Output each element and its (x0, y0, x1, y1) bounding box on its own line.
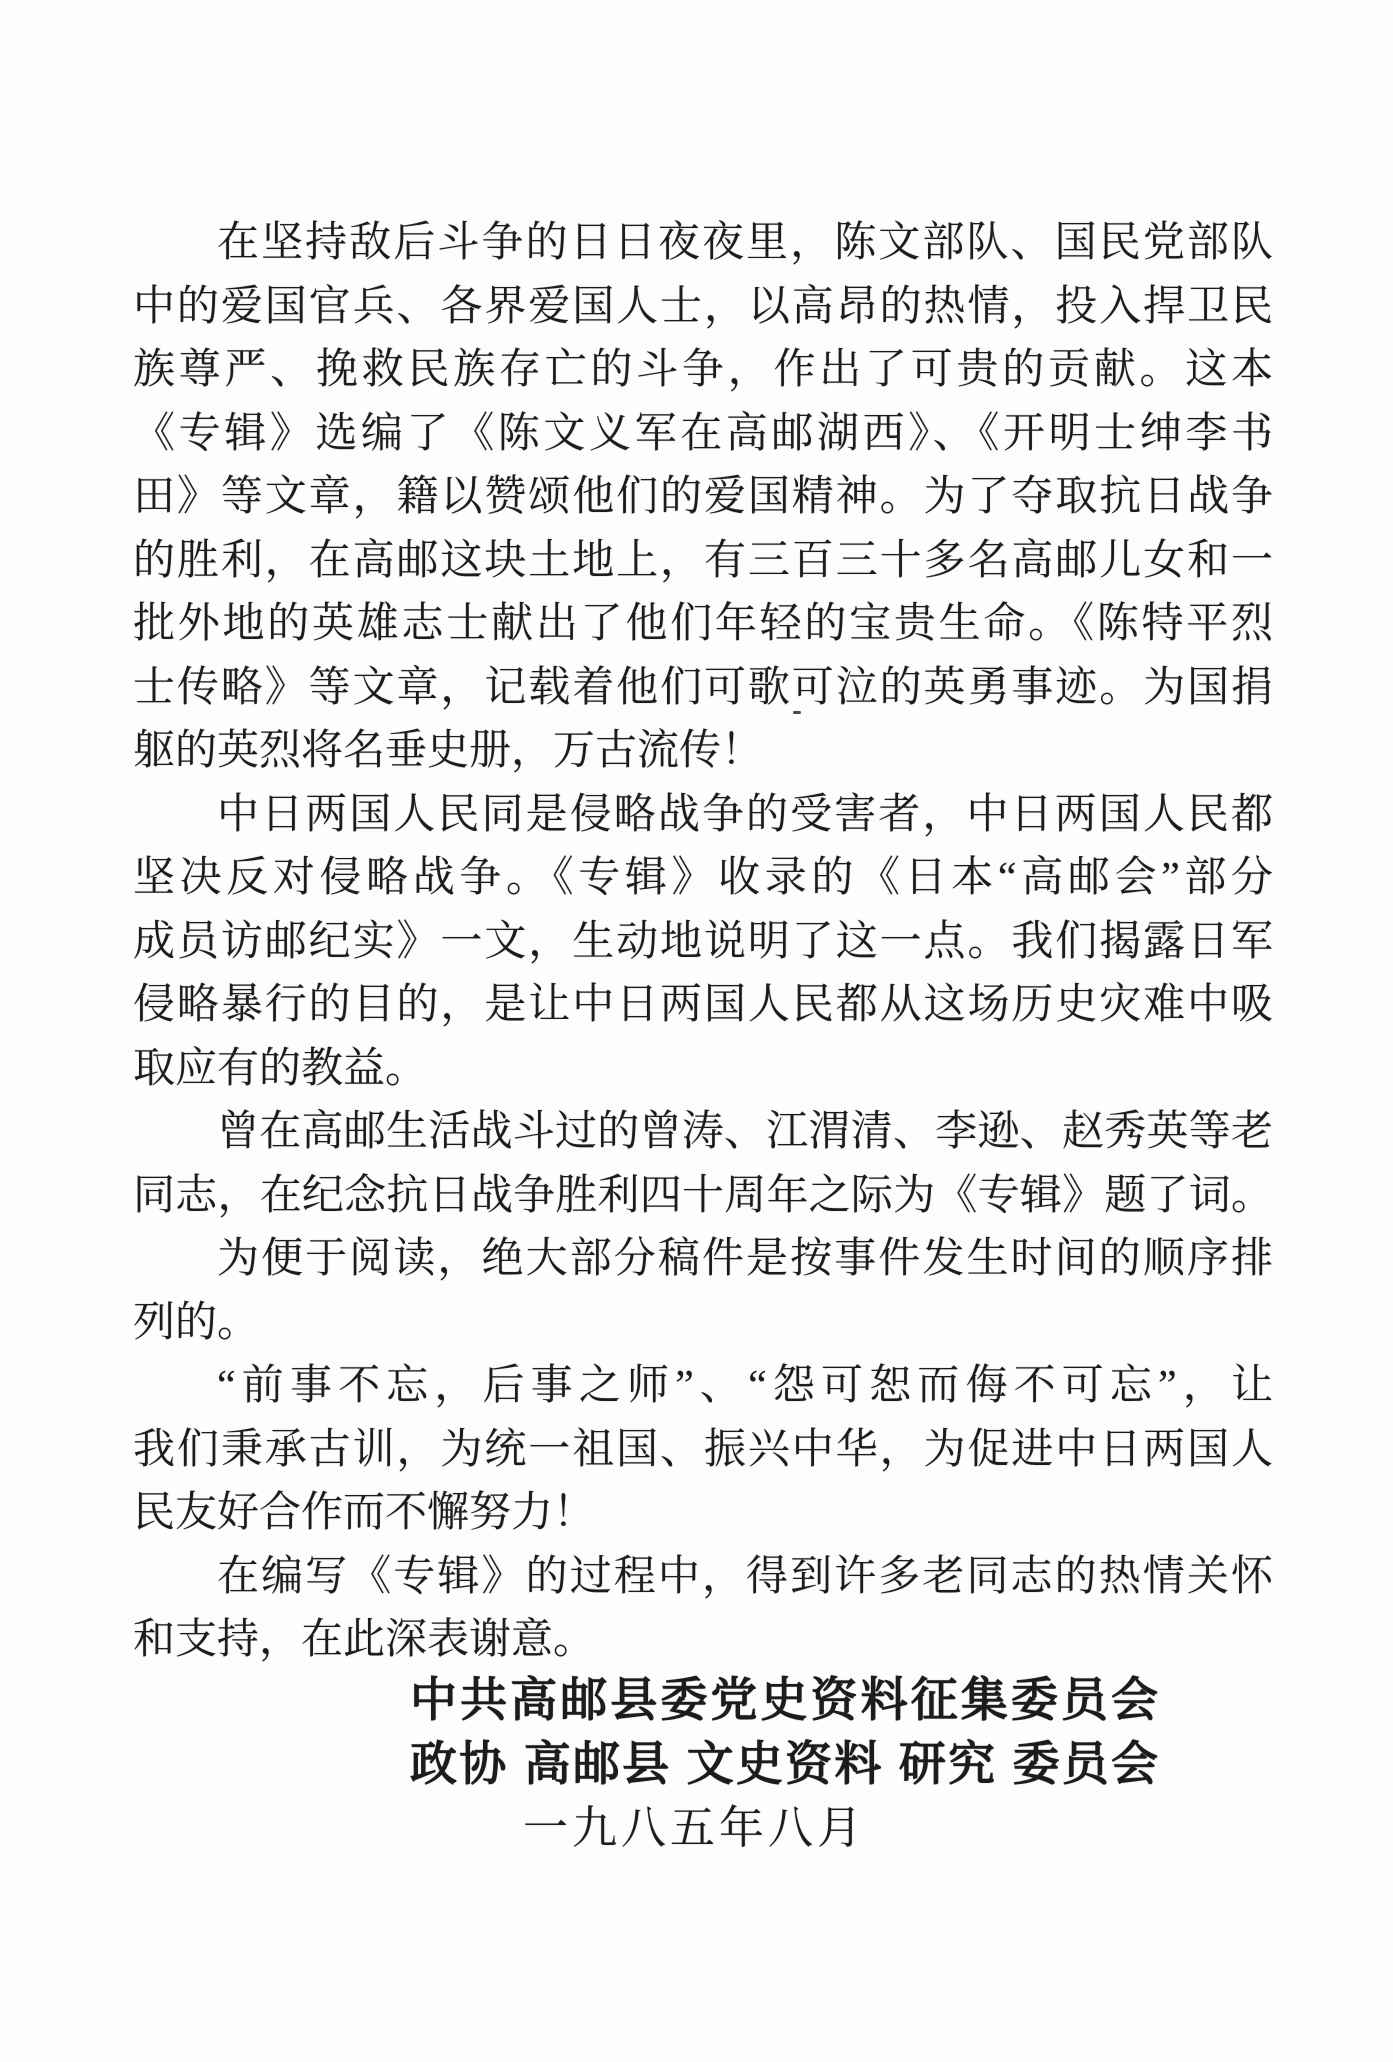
text-line: “前事不忘，后事之师”、“怨可恕而侮不可忘”，让 (133, 1355, 1273, 1419)
text-line: 坚决反对侵略战争。《专辑》收录的《日本“高邮会”部分 (133, 847, 1273, 911)
text-line: 侵略暴行的目的，是让中日两国人民都从这场历史灾难中吸 (133, 974, 1273, 1038)
text-line: 士传略》等文章，记载着他们可歌可泣的英勇事迹。为国捐 (133, 657, 1273, 721)
text-line: 成员访邮纪实》一文，生动地说明了这一点。我们揭露日军 (133, 911, 1273, 975)
text-line: 同志，在纪念抗日战争胜利四十周年之际为《专辑》题了词。 (133, 1165, 1273, 1229)
text-line: 列的。 (133, 1292, 1273, 1356)
text-line: 躯的英烈将名垂史册，万古流传！ (133, 720, 1273, 784)
text-line: 在坚持敌后斗争的日日夜夜里，陈文部队、国民党部队 (133, 212, 1273, 276)
text-line: 曾在高邮生活战斗过的曾涛、江渭清、李逊、赵秀英等老 (133, 1101, 1273, 1165)
body-text: 在坚持敌后斗争的日日夜夜里，陈文部队、国民党部队中的爱国官兵、各界爱国人士，以高… (133, 212, 1273, 1673)
ink-speck (793, 711, 801, 714)
text-line: 取应有的教益。 (133, 1038, 1273, 1102)
text-line: 田》等文章，籍以赞颂他们的爱国精神。为了夺取抗日战争 (133, 466, 1273, 530)
text-line: 中的爱国官兵、各界爱国人士，以高昂的热情，投入捍卫民 (133, 276, 1273, 340)
committee-signature-1: 中共高邮县委党史资料征集委员会 (410, 1668, 1158, 1732)
text-line: 在编写《专辑》的过程中，得到许多老同志的热情关怀 (133, 1546, 1273, 1610)
text-line: 《专辑》选编了《陈文义军在高邮湖西》、《开明士绅李书 (133, 403, 1273, 467)
text-line: 族尊严、挽救民族存亡的斗争，作出了可贵的贡献。这本 (133, 339, 1273, 403)
date-line: 一九八五年八月 (523, 1796, 866, 1860)
text-line: 民友好合作而不懈努力！ (133, 1482, 1273, 1546)
scanned-page: 在坚持敌后斗争的日日夜夜里，陈文部队、国民党部队中的爱国官兵、各界爱国人士，以高… (0, 0, 1393, 2062)
text-line: 批外地的英雄志士献出了他们年轻的宝贵生命。《陈特平烈 (133, 593, 1273, 657)
text-line: 和支持，在此深表谢意。 (133, 1609, 1273, 1673)
text-line: 的胜利，在高邮这块土地上，有三百三十多名高邮儿女和一 (133, 530, 1273, 594)
committee-signature-2: 政协 高邮县 文史资料 研究 委员会 (410, 1732, 1158, 1796)
text-line: 为便于阅读，绝大部分稿件是按事件发生时间的顺序排 (133, 1228, 1273, 1292)
text-line: 中日两国人民同是侵略战争的受害者，中日两国人民都 (133, 784, 1273, 848)
text-line: 我们秉承古训，为统一祖国、振兴中华，为促进中日两国人 (133, 1419, 1273, 1483)
